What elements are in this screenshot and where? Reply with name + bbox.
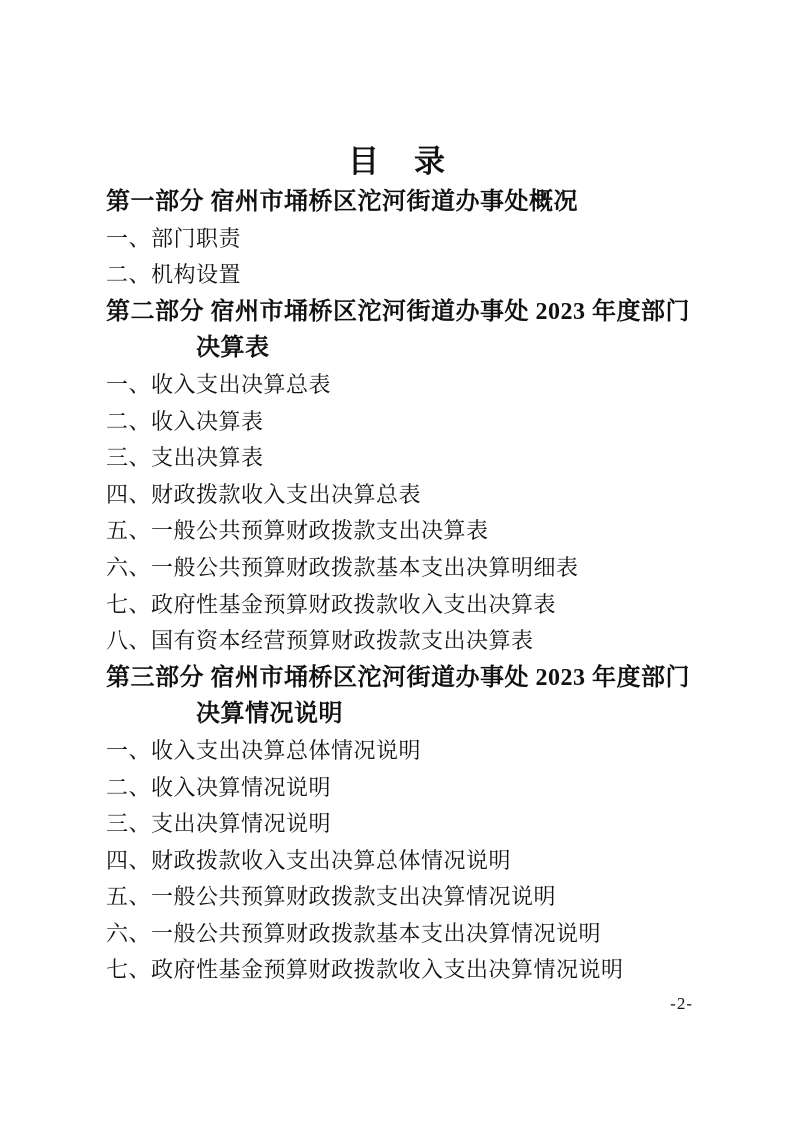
document-page: 目 录 第一部分 宿州市埇桥区沱河街道办事处概况 一、部门职责 二、机构设置 第… [0,0,793,1122]
toc-item: 三、支出决算表 [106,440,689,477]
section-2-heading-continuation: 决算表 [106,330,689,367]
toc-item: 一、收入支出决算总表 [106,367,689,404]
toc-content: 目 录 第一部分 宿州市埇桥区沱河街道办事处概况 一、部门职责 二、机构设置 第… [106,140,689,989]
section-3-heading-continuation: 决算情况说明 [106,696,689,733]
toc-item: 七、政府性基金预算财政拨款收入支出决算情况说明 [106,952,689,989]
toc-item: 五、一般公共预算财政拨款支出决算表 [106,513,689,550]
toc-item: 六、一般公共预算财政拨款基本支出决算情况说明 [106,916,689,953]
section-3-heading: 第三部分 宿州市埇桥区沱河街道办事处 2023 年度部门 [106,660,689,697]
toc-item: 八、国有资本经营预算财政拨款支出决算表 [106,623,689,660]
toc-item: 二、收入决算表 [106,404,689,441]
toc-item: 七、政府性基金预算财政拨款收入支出决算表 [106,587,689,624]
toc-item: 三、支出决算情况说明 [106,806,689,843]
toc-item: 二、机构设置 [106,257,689,294]
toc-item: 四、财政拨款收入支出决算总体情况说明 [106,843,689,880]
toc-item: 五、一般公共预算财政拨款支出决算情况说明 [106,879,689,916]
page-number: -2- [670,994,693,1014]
toc-item: 一、收入支出决算总体情况说明 [106,733,689,770]
toc-item: 四、财政拨款收入支出决算总表 [106,477,689,514]
section-1-heading: 第一部分 宿州市埇桥区沱河街道办事处概况 [106,184,689,221]
toc-item: 一、部门职责 [106,221,689,258]
toc-title: 目 录 [106,140,689,184]
toc-item: 六、一般公共预算财政拨款基本支出决算明细表 [106,550,689,587]
toc-item: 二、收入决算情况说明 [106,770,689,807]
section-2-heading: 第二部分 宿州市埇桥区沱河街道办事处 2023 年度部门 [106,294,689,331]
